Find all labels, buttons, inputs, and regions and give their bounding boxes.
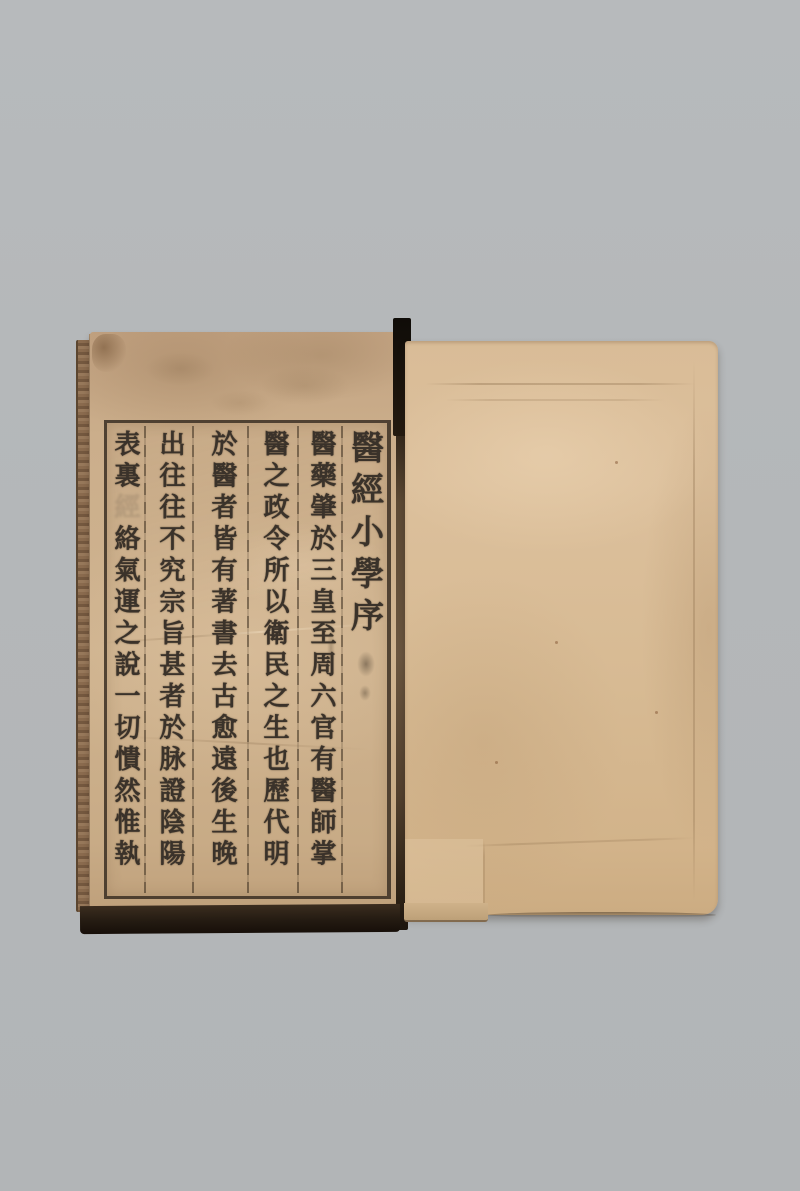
ink-smudge — [357, 651, 375, 677]
ink-smudge — [359, 685, 371, 701]
paper-stain — [260, 366, 350, 406]
paper-crease — [425, 383, 695, 385]
text-column-2: 醫之政令所以衛民之生也歷代明 — [249, 430, 299, 871]
preface-title: 醫經小學序 — [343, 430, 387, 640]
printed-text-block: 醫經小學序 醫藥肇於三皇至周六官有醫師掌 醫之政令所以衛民之生也歷代明 於醫者皆… — [104, 420, 391, 899]
text-column-5-start: 表裏 — [110, 430, 140, 493]
paper-crease — [693, 361, 695, 901]
left-page: 醫經小學序 醫藥肇於三皇至周六官有醫師掌 醫之政令所以衛民之生也歷代明 於醫者皆… — [90, 332, 398, 912]
foxing-speck — [555, 641, 558, 644]
right-page-blank — [405, 341, 718, 915]
foxing-speck — [615, 461, 618, 464]
foxing-speck — [495, 761, 498, 764]
paper-stain — [145, 352, 215, 386]
foxing-speck — [655, 711, 658, 714]
right-page-drop-shadow — [488, 912, 716, 918]
paper-crease — [465, 837, 695, 847]
text-column-5: 表裏經絡氣運之說一切憒然惟執 — [103, 430, 146, 871]
left-page-block-edge-shadow — [80, 904, 400, 934]
corner-stain — [92, 334, 126, 372]
paper-crease — [445, 399, 665, 401]
ink-smudge — [327, 628, 335, 668]
text-column-5-rest: 絡氣運之說一切憒然惟執 — [110, 525, 140, 872]
photo-of-open-antique-book: 醫學序 醫經小學序 醫藥肇於三皇至周六官有醫師掌 醫之政令所以衛民之生也歷代明 … — [0, 0, 800, 1191]
text-column-1: 醫藥肇於三皇至周六官有醫師掌 — [299, 430, 343, 871]
text-column-3: 於醫者皆有著書去古愈遠後生晚 — [194, 430, 249, 871]
text-column-5-worn-character: 經 — [110, 493, 140, 525]
paper-stain — [210, 390, 270, 416]
underlying-page-edge — [404, 903, 488, 922]
text-column-4: 出往往不究宗旨甚者於脉證陰陽 — [146, 430, 194, 871]
